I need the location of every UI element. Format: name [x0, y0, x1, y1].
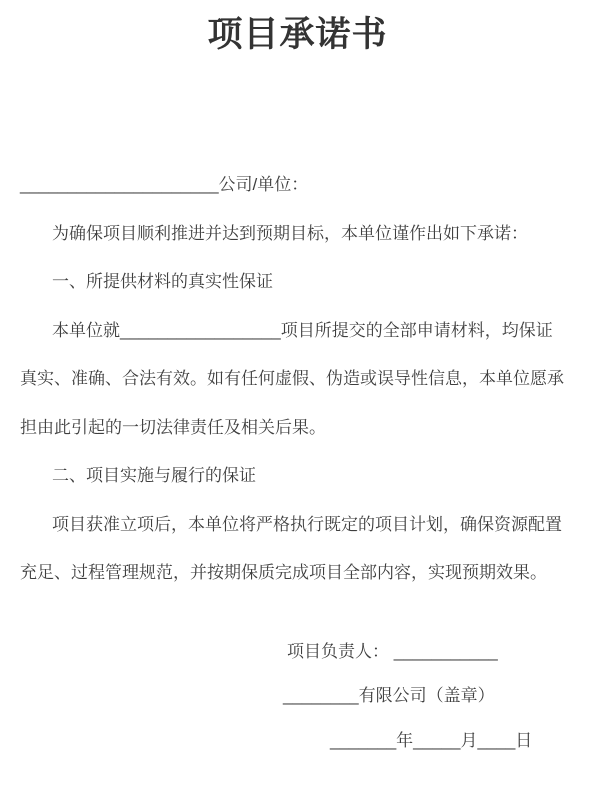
document-body: _____________________公司/单位： 为确保项目顺利推进并达到…: [0, 161, 595, 598]
intro-line: 为确保项目顺利推进并达到预期目标，本单位谨作出如下承诺：: [20, 210, 575, 259]
document-page: 项目承诺书 _____________________公司/单位： 为确保项目顺…: [0, 0, 595, 807]
signature-company-line: ________有限公司（盖章）: [20, 674, 575, 719]
section-1-line-3: 担由此引起的一切法律责任及相关后果。: [20, 404, 575, 453]
section-1-heading: 一、所提供材料的真实性保证: [20, 258, 575, 307]
section-1-line-2: 真实、准确、合法有效。如有任何虚假、伪造或误导性信息，本单位愿承: [20, 355, 575, 404]
section-2-line-2: 充足、过程管理规范，并按期保质完成项目全部内容，实现预期效果。: [20, 549, 575, 598]
recipient-line: _____________________公司/单位：: [20, 161, 575, 210]
signature-block: 项目负责人： ___________ ________有限公司（盖章） ____…: [0, 630, 595, 764]
signature-person-line: 项目负责人： ___________: [20, 630, 575, 675]
section-1-line-1: 本单位就_________________项目所提交的全部申请材料，均保证: [20, 307, 575, 356]
section-2-heading: 二、项目实施与履行的保证: [20, 452, 575, 501]
document-title: 项目承诺书: [0, 12, 595, 58]
signature-date-line: _______年_____月____日: [20, 719, 575, 764]
section-2-line-1: 项目获准立项后，本单位将严格执行既定的项目计划，确保资源配置: [20, 501, 575, 550]
